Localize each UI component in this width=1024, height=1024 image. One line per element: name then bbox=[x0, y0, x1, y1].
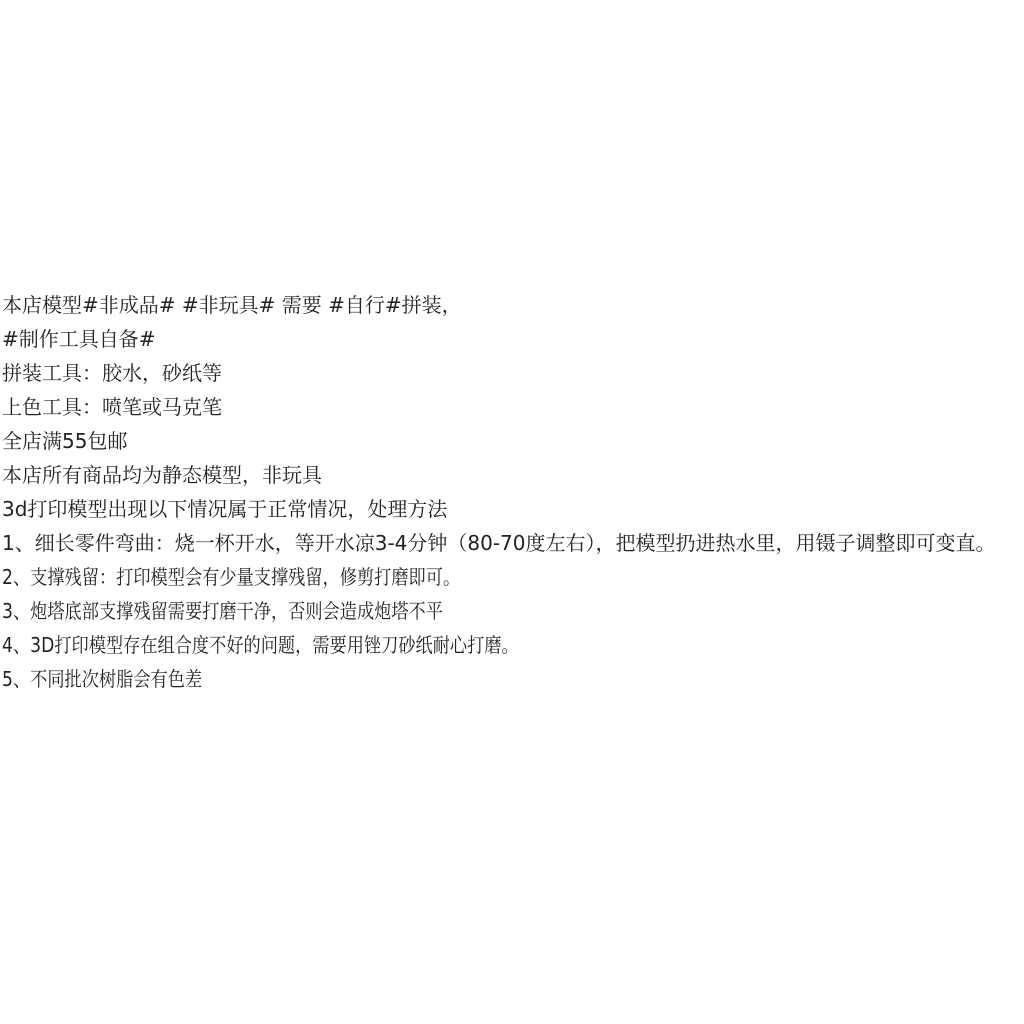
notice-item-4-fit-issues: 4、3D打印模型存在组合度不好的问题，需要用锉刀砂纸耐心打磨。 bbox=[2, 628, 1020, 662]
notice-line-coloring-tools: 上色工具：喷笔或马克笔 bbox=[2, 390, 1022, 424]
notice-item-3-turret-base: 3、炮塔底部支撑残留需要打磨干净，否则会造成炮塔不平 bbox=[2, 594, 1020, 628]
product-notice: 本店模型#非成品# #非玩具# 需要 #自行#拼装， #制作工具自备# 拼装工具… bbox=[2, 288, 1022, 696]
notice-line-assembly-tools: 拼装工具：胶水，砂纸等 bbox=[2, 356, 1022, 390]
notice-item-1-bent-parts: 1、细长零件弯曲：烧一杯开水，等开水凉3-4分钟（80-70度左右），把模型扔进… bbox=[2, 526, 1022, 560]
notice-line-free-shipping: 全店满55包邮 bbox=[2, 424, 1022, 458]
notice-line-tools-self-provided: #制作工具自备# bbox=[2, 322, 1022, 356]
notice-line-static-models: 本店所有商品均为静态模型，非玩具 bbox=[2, 458, 1022, 492]
notice-line-not-finished-product: 本店模型#非成品# #非玩具# 需要 #自行#拼装， bbox=[2, 288, 1022, 322]
notice-item-2-support-residue: 2、支撑残留：打印模型会有少量支撑残留，修剪打磨即可。 bbox=[2, 560, 1020, 594]
notice-item-5-color-difference: 5、不同批次树脂会有色差 bbox=[2, 662, 1020, 696]
notice-line-3d-print-intro: 3d打印模型出现以下情况属于正常情况，处理方法 bbox=[2, 492, 1022, 526]
